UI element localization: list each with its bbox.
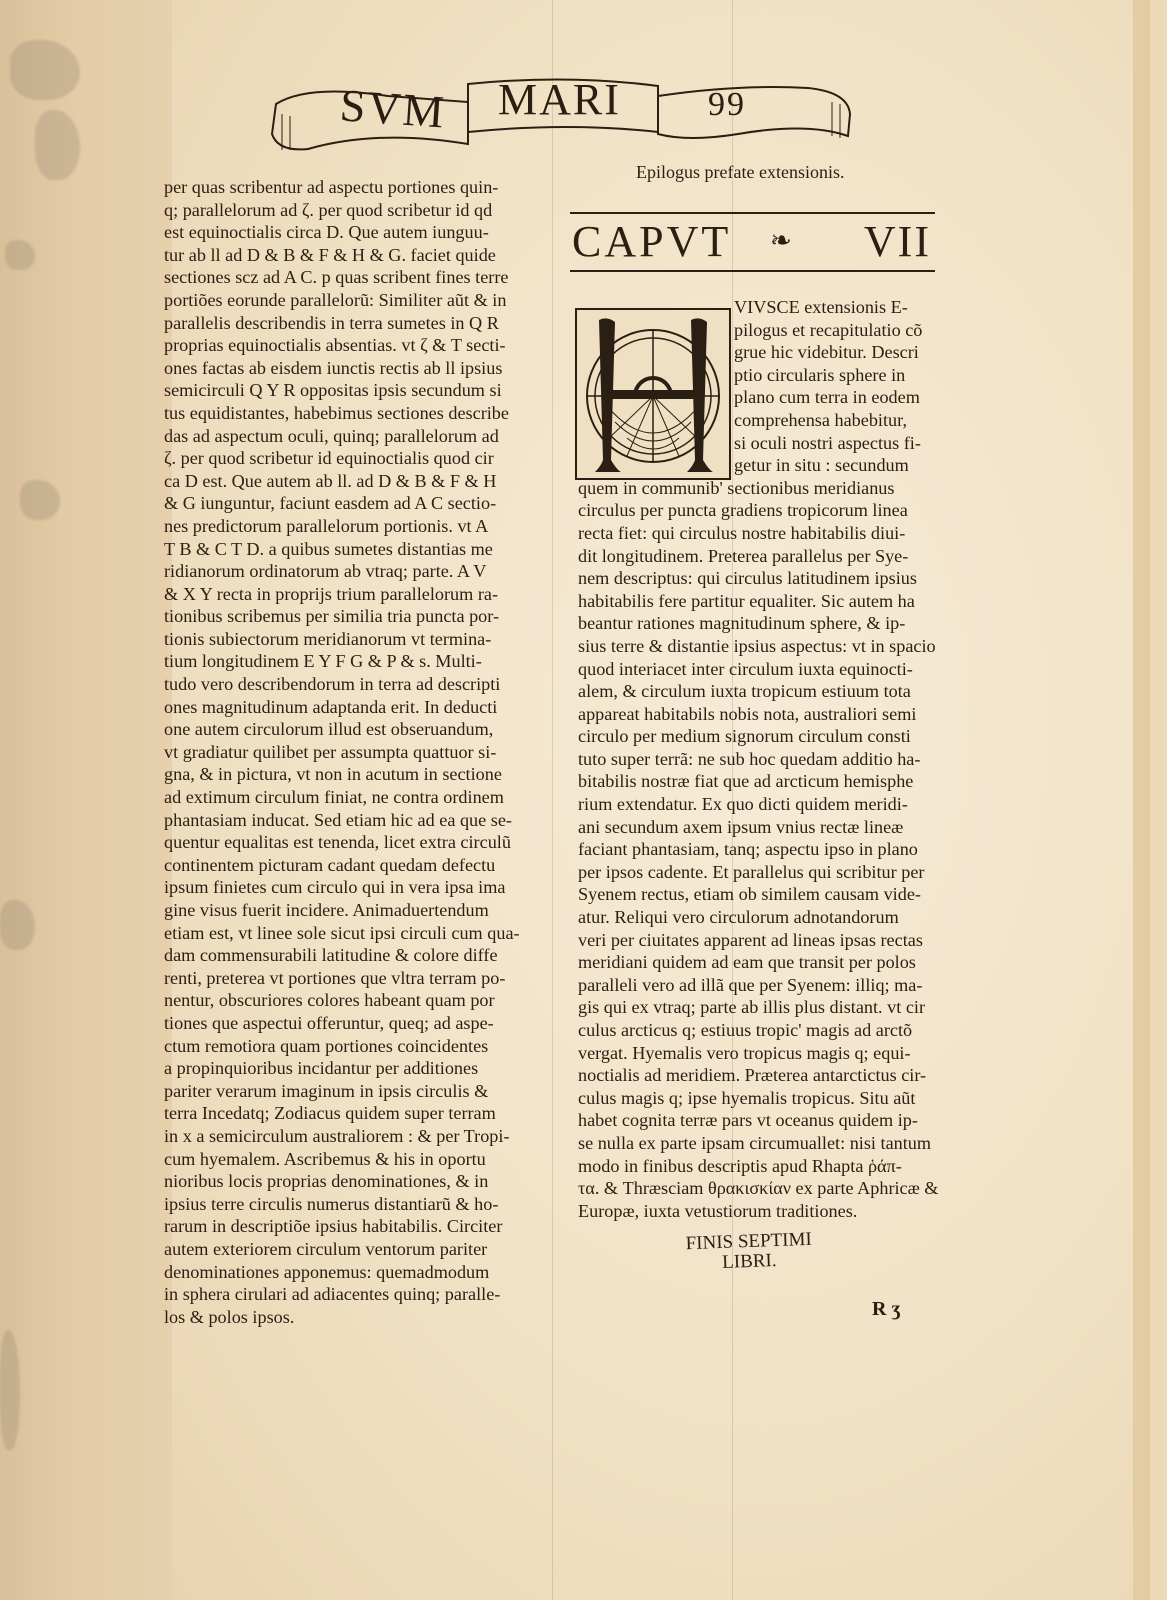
running-title-part: SVM <box>338 78 447 138</box>
text-line: veri per ciuitates apparent ad lineas ip… <box>578 929 948 952</box>
water-stain <box>5 240 35 270</box>
text-line: appareat habitabils nobis nota, australi… <box>578 703 948 726</box>
text-line: etiam est, vt linee sole sicut ipsi circ… <box>164 922 544 945</box>
text-line: nem descriptus: qui circulus latitudinem… <box>578 567 948 590</box>
water-stain <box>35 110 80 180</box>
colophon: FINIS SEPTIMI LIBRI. <box>685 1230 812 1274</box>
text-line: grue hic videbitur. Descri <box>578 341 948 364</box>
text-line: noctialis ad meridiem. Præterea antarcti… <box>578 1064 948 1087</box>
text-line: culus arcticus q; estiuus tropic' magis … <box>578 1019 948 1042</box>
left-text-column: per quas scribentur ad aspectu portiones… <box>164 176 544 1328</box>
text-line: τα. & Thræsciam θρακισκίαν ex parte Aphr… <box>578 1177 948 1200</box>
text-line: modo in finibus descriptis apud Rhapta ῥ… <box>578 1155 948 1178</box>
text-line: phantasiam inducat. Sed etiam hic ad ea … <box>164 809 544 832</box>
text-line: los & polos ipsos. <box>164 1306 544 1329</box>
text-line: a propinquioribus incidantur per additio… <box>164 1057 544 1080</box>
section-heading: Epilogus prefate extensionis. <box>636 162 844 183</box>
water-stain <box>20 480 60 520</box>
text-line: sius terre & distantie ipsius aspectus: … <box>578 635 948 658</box>
text-line: terra Incedatq; Zodiacus quidem super te… <box>164 1102 544 1125</box>
text-line: habet cognita terræ pars vt oceanus quid… <box>578 1109 948 1132</box>
text-line: recta fiet: qui circulus nostre habitabi… <box>578 522 948 545</box>
text-line: nes predictorum parallelorum portionis. … <box>164 515 544 538</box>
text-line: meridiani quidem ad eam que transit per … <box>578 951 948 974</box>
text-line: nioribus locis proprias denominationes, … <box>164 1170 544 1193</box>
text-line: autem exteriorem circulum ventorum parit… <box>164 1238 544 1261</box>
paper-edge-strip <box>0 0 172 1600</box>
text-line: culus magis q; ipse hyemalis tropicus. S… <box>578 1087 948 1110</box>
text-line: ptio circularis sphere in <box>578 364 948 387</box>
text-line: Europæ, iuxta vetustiorum traditiones. <box>578 1200 948 1223</box>
text-line: si oculi nostri aspectus fi- <box>578 432 948 455</box>
text-line: ipsius terre circulis numerus distantiar… <box>164 1193 544 1216</box>
text-line: ca D est. Que autem ab ll. ad D & B & F … <box>164 470 544 493</box>
text-line: continentem picturam cadant quedam defec… <box>164 854 544 877</box>
text-line: ipsum finietes cum circulo qui in vera i… <box>164 876 544 899</box>
text-line: parallelis describendis in terra sumetes… <box>164 312 544 335</box>
text-line: tus equidistantes, habebimus sectiones d… <box>164 402 544 425</box>
water-stain <box>0 1330 20 1450</box>
text-line: alem, & circulum iuxta tropicum estiuum … <box>578 680 948 703</box>
text-line: gine visus fuerit incidere. Animaduerten… <box>164 899 544 922</box>
signature-mark: R ʒ <box>872 1298 901 1321</box>
text-line: tium longitudinem E Y F G & P & s. Multi… <box>164 650 544 673</box>
text-line: q; parallelorum ad ζ. per quod scribetur… <box>164 199 544 222</box>
text-line: pariter verarum imaginum in ipsis circul… <box>164 1080 544 1103</box>
text-line: sectiones scz ad A C. p quas scribent fi… <box>164 266 544 289</box>
running-title-banner: SVM MARI 99 <box>268 74 853 156</box>
text-line: in sphera cirulari ad adiacentes quinq; … <box>164 1283 544 1306</box>
text-line: dit longitudinem. Preterea parallelus pe… <box>578 545 948 568</box>
text-line: tionibus scribemus per similia tria punc… <box>164 605 544 628</box>
paper-right-edge <box>1133 0 1150 1600</box>
water-stain <box>10 40 80 100</box>
chapter-number: VII <box>864 216 931 267</box>
running-title-part: MARI <box>498 74 621 125</box>
text-line: quod interiacet inter circulum iuxta equ… <box>578 658 948 681</box>
text-line: & X Y recta in proprijs trium parallelor… <box>164 583 544 606</box>
text-line: pilogus et recapitulatio cõ <box>578 319 948 342</box>
text-line: dam commensurabili latitudine & colore d… <box>164 944 544 967</box>
text-line: ad extimum circulum finiat, ne contra or… <box>164 786 544 809</box>
text-line: habitabilis fere partitur equaliter. Sic… <box>578 590 948 613</box>
text-line: paralleli vero ad illã que per Syenem: i… <box>578 974 948 997</box>
water-stain <box>0 900 35 950</box>
text-line: Syenem rectus, etiam ob similem causam v… <box>578 883 948 906</box>
text-line: per ipsos cadente. Et parallelus qui scr… <box>578 861 948 884</box>
text-line: se nulla ex parte ipsam circumuallet: ni… <box>578 1132 948 1155</box>
text-line: plano cum terra in eodem <box>578 386 948 409</box>
text-line: atur. Reliqui vero circulorum adnotandor… <box>578 906 948 929</box>
chapter-label: CAPVT <box>572 216 731 267</box>
text-line: faciant phantasiam, tanq; aspectu ipso i… <box>578 838 948 861</box>
text-line: tionis subiectorum meridianorum vt termi… <box>164 628 544 651</box>
text-line: tuto super terrã: ne sub hoc quedam addi… <box>578 748 948 771</box>
text-line: semicirculi Q Y R oppositas ipsis secund… <box>164 379 544 402</box>
text-line: beantur rationes magnitudinum sphere, & … <box>578 612 948 635</box>
text-line: ridianorum ordinatorum ab vtraq; parte. … <box>164 560 544 583</box>
text-line: quem in communib' sectionibus meridianus <box>578 477 948 500</box>
text-line: getur in situ : secundum <box>578 454 948 477</box>
text-line: circulo per medium signorum circulum con… <box>578 725 948 748</box>
text-line: ζ. per quod scribetur id equinoctialis q… <box>164 447 544 470</box>
right-text-column: VIVSCE extensionis E-pilogus et recapitu… <box>578 296 948 1222</box>
paper-fold <box>552 0 553 1600</box>
text-line: tiones que aspectui offeruntur, queq; ad… <box>164 1012 544 1035</box>
text-line: tudo vero describendorum in terra ad des… <box>164 673 544 696</box>
text-line: one autem circulorum illud est obseruand… <box>164 718 544 741</box>
text-line: gna, & in pictura, vt non in acutum in s… <box>164 763 544 786</box>
text-line: gis qui ex vtraq; parte ab illis plus di… <box>578 996 948 1019</box>
text-line: rarum in descriptiõe ipsius habitabilis.… <box>164 1215 544 1238</box>
text-line: nentur, obscuriores colores habeant quam… <box>164 989 544 1012</box>
text-line: VIVSCE extensionis E- <box>578 296 948 319</box>
text-line: portiões eorunde parallelorũ: Similiter … <box>164 289 544 312</box>
text-line: ones magnitudinum adaptanda erit. In ded… <box>164 696 544 719</box>
text-line: rium extendatur. Ex quo dicti quidem mer… <box>578 793 948 816</box>
text-line: comprehensa habebitur, <box>578 409 948 432</box>
text-line: das ad aspectum oculi, quinq; parallelor… <box>164 425 544 448</box>
text-line: vt gradiatur quilibet per assumpta quatt… <box>164 741 544 764</box>
text-line: circulus per puncta gradiens tropicorum … <box>578 499 948 522</box>
text-line: in x a semicirculum australiorem : & per… <box>164 1125 544 1148</box>
text-line: cum hyemalem. Ascribemus & his in oportu <box>164 1148 544 1171</box>
text-line: vergat. Hyemalis vero tropicus magis q; … <box>578 1042 948 1065</box>
text-line: quentur equalitas est tenenda, licet ext… <box>164 831 544 854</box>
chapter-heading: CAPVT ❧ VII <box>570 212 935 272</box>
folio-number: 99 <box>708 86 746 124</box>
text-line: est equinoctialis circa D. Que autem iun… <box>164 221 544 244</box>
leaf-ornament-icon: ❧ <box>770 226 792 256</box>
text-line: ctum remotiora quam portiones coincident… <box>164 1035 544 1058</box>
text-line: proprias equinoctialis absentias. vt ζ &… <box>164 334 544 357</box>
text-line: & G iunguntur, faciunt easdem ad A C sec… <box>164 492 544 515</box>
text-line: renti, preterea vt portiones que vltra t… <box>164 967 544 990</box>
text-line: T B & C T D. a quibus sumetes distantias… <box>164 538 544 561</box>
text-line: per quas scribentur ad aspectu portiones… <box>164 176 544 199</box>
text-line: bitabilis nostræ fiat que ad arcticum he… <box>578 770 948 793</box>
text-line: ani secundum axem ipsum vnius rectæ line… <box>578 816 948 839</box>
text-line: denominationes apponemus: quemadmodum <box>164 1261 544 1284</box>
text-line: ones factas ab eisdem iunctis rectis ab … <box>164 357 544 380</box>
text-line: tur ab ll ad D & B & F & H & G. faciet q… <box>164 244 544 267</box>
